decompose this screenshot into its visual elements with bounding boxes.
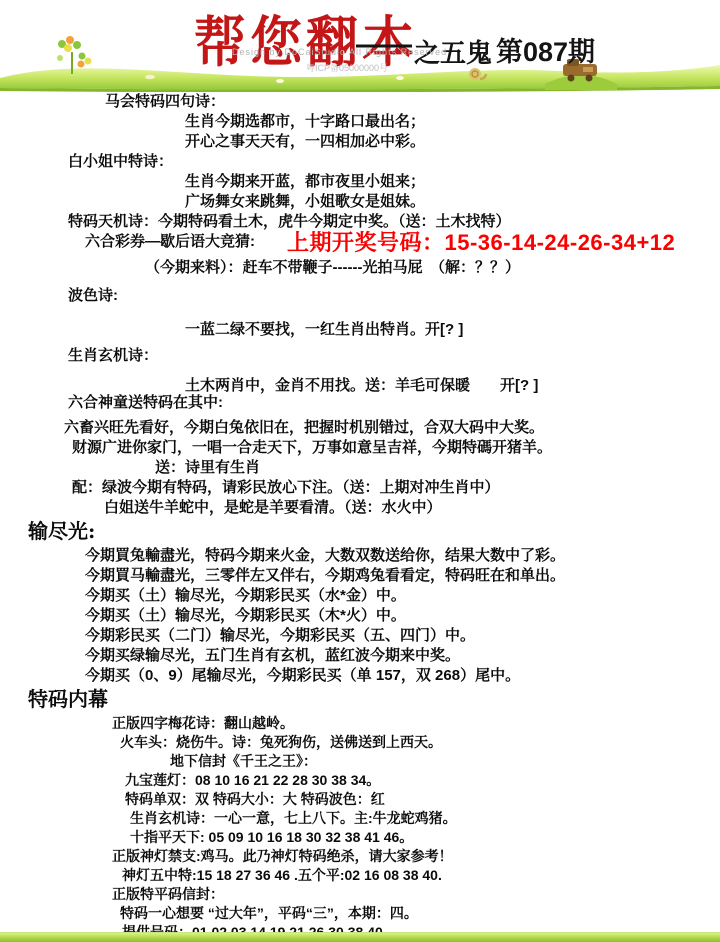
poem-line: 一蓝二绿不要找，一红生肖出特肖。开[? ] [185, 320, 720, 340]
flower-cluster-icon [50, 34, 100, 78]
poem-line: 开心之事天天有，一四相加必中彩。 [185, 132, 720, 152]
poem-line: 白小姐中特诗： [68, 152, 720, 172]
poem-line: 波色诗: [68, 286, 720, 306]
neimu-line: 特码一心想要 “过大年”，平码“三”，本期：四。 [120, 904, 720, 923]
poem-line: 配：绿波今期有特码，请彩民放心下注。（送：上期对冲生肖中） [72, 478, 720, 498]
shujinguang-line: 今期買马輸盡光，三零伴左又伴右，今期鸡兔看看定，特码旺在和单出。 [85, 566, 720, 586]
neimu-line: 火车头：烧伤牛。诗：兔死狗伤，送佛送到上西天。 [120, 733, 720, 752]
neimu-line: 神灯五中特:15 18 27 36 46 .五个平:02 16 08 38 40… [122, 866, 720, 885]
shujinguang-line: 今期买绿输尽光，五门生肖有玄机，蓝红波今期来中奖。 [85, 646, 720, 666]
poem-line: 财源广进你家门，一唱一合走天下，万事如意呈吉祥，今期特碼开猪羊。 [72, 438, 720, 458]
icp-number: 粤ICP备05000000号 [306, 61, 388, 74]
poem-line: 六合神童送特码在其中: [68, 393, 720, 413]
neimu-line: 十指平天下: 05 09 10 16 18 30 32 38 41 46。 [130, 828, 720, 847]
poem-line: 六合彩券—歇后语大竞猜: [85, 232, 720, 252]
poem-line: 六畜兴旺先看好，今期白兔依旧在，把握时机别错过，合双大码中大奖。 [64, 418, 720, 438]
sheet-body: 马会特码四句诗： 生肖今期选都市，十字路口最出名； 开心之事天天有，一四相加必中… [0, 92, 720, 942]
poem-line: 生肖今期选都市，十字路口最出名； [185, 112, 720, 132]
poem-line: 送：诗里有生肖 [155, 458, 720, 478]
neimu-line: 特码单双：双 特码大小：大 特码波色：红 [125, 790, 720, 809]
poem-line: 白姐送牛羊蛇中，是蛇是羊要看清。（送：水火中） [104, 498, 720, 518]
neimu-line: 地下信封《千王之王》： [170, 752, 720, 771]
section-title-shujinguang: 输尽光: [28, 518, 720, 544]
shujinguang-line: 今期彩民买（二门）输尽光，今期彩民买（五、四门）中。 [85, 626, 720, 646]
watermark-text: Design by DoCaiStudio All Rights Reserve… [232, 47, 447, 57]
neimu-line: 正版特平码信封： [112, 885, 720, 904]
bottom-grass-strip [0, 932, 720, 942]
shujinguang-line: 今期买（土）输尽光，今期彩民买（水*金）中。 [85, 586, 720, 606]
neimu-line: 正版四字梅花诗：翻山越岭。 [112, 714, 720, 733]
poem-line: 广场舞女来跳舞，小姐歌女是姐妹。 [185, 192, 720, 212]
poem-line: 特码天机诗：今期特码看土木，虎牛今期定中奖。（送：土木找特） [68, 212, 720, 232]
shujinguang-line: 今期买（土）输尽光，今期彩民买（木*火）中。 [85, 606, 720, 626]
poem-line: 生肖今期来开蓝，都市夜里小姐来； [185, 172, 720, 192]
poem-line: （今期来料）：赶车不带鞭子------光拍马屁 （解：？？） [145, 258, 720, 278]
poem-line: 生肖玄机诗： [68, 346, 720, 366]
poem-line: 马会特码四句诗： [105, 92, 720, 112]
section-title-neimu: 特码内幕 [28, 686, 720, 712]
neimu-line: 九宝莲灯：08 10 16 21 22 28 30 38 34。 [125, 771, 720, 790]
issue-number: 第087期 [496, 30, 595, 69]
neimu-line: 生肖玄机诗：一心一意，七上八下。主:牛龙蛇鸡猪。 [130, 809, 720, 828]
shujinguang-line: 今期买（0、9）尾输尽光，今期彩民买（单 157，双 268）尾中。 [85, 666, 720, 686]
shujinguang-line: 今期買兔輸盡光，特码今期来火金，大数双数送给你，结果大数中了彩。 [85, 546, 720, 566]
neimu-line: 正版神灯禁支:鸡马。此乃神灯特码绝杀，请大家参考！ [112, 847, 720, 866]
masthead: 帮您翻本 —— 之五鬼 第087期 Design by DoCaiStudio … [0, 0, 720, 92]
lottery-tip-sheet: 帮您翻本 —— 之五鬼 第087期 Design by DoCaiStudio … [0, 0, 720, 942]
